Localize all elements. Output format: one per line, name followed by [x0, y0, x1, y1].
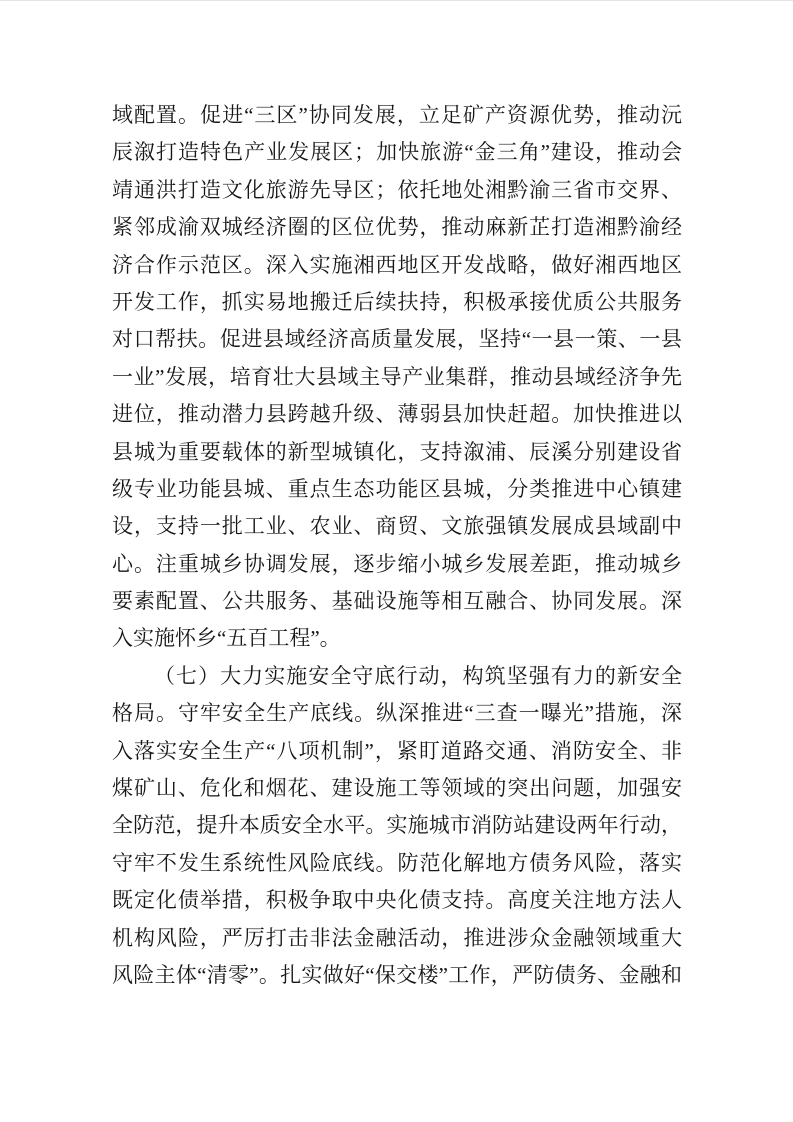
text-line: （七）大力实施安全守底行动，构筑坚强有力的新安全: [112, 658, 682, 695]
page-top-edge: [0, 0, 793, 1]
document-page: 域配置。促进“三区”协同发展，立足矿产资源优势，推动沅辰溆打造特色产业发展区；加…: [0, 0, 793, 1122]
text-line: 心。注重城乡协调发展，逐步缩小城乡发展差距，推动城乡: [112, 546, 682, 583]
text-line: 济合作示范区。深入实施湘西地区开发战略，做好湘西地区: [112, 247, 682, 284]
text-line: 一业”发展，培育壮大县域主导产业集群，推动县域经济争先: [112, 359, 682, 396]
text-line: 全防范，提升本质安全水平。实施城市消防站建设两年行动，: [112, 807, 682, 844]
text-line: 域配置。促进“三区”协同发展，立足矿产资源优势，推动沅: [112, 97, 682, 134]
text-line: 机构风险，严厉打击非法金融活动，推进涉众金融领域重大: [112, 920, 682, 957]
document-body: 域配置。促进“三区”协同发展，立足矿产资源优势，推动沅辰溆打造特色产业发展区；加…: [112, 97, 682, 994]
text-line: 要素配置、公共服务、基础设施等相互融合、协同发展。深: [112, 583, 682, 620]
text-line: 煤矿山、危化和烟花、建设施工等领域的突出问题，加强安: [112, 770, 682, 807]
text-line: 紧邻成渝双城经济圈的区位优势，推动麻新芷打造湘黔渝经: [112, 209, 682, 246]
text-line: 进位，推动潜力县跨越升级、薄弱县加快赶超。加快推进以: [112, 396, 682, 433]
text-line: 辰溆打造特色产业发展区；加快旅游“金三角”建设，推动会: [112, 134, 682, 171]
text-line: 守牢不发生系统性风险底线。防范化解地方债务风险，落实: [112, 845, 682, 882]
text-line: 对口帮扶。促进县域经济高质量发展，坚持“一县一策、一县: [112, 321, 682, 358]
text-line: 靖通洪打造文化旅游先导区；依托地处湘黔渝三省市交界、: [112, 172, 682, 209]
text-line: 设，支持一批工业、农业、商贸、文旅强镇发展成县域副中: [112, 508, 682, 545]
text-line: 入实施怀乡“五百工程”。: [112, 620, 682, 657]
text-line: 级专业功能县城、重点生态功能区县城，分类推进中心镇建: [112, 471, 682, 508]
text-line: 格局。守牢安全生产底线。纵深推进“三查一曝光”措施，深: [112, 695, 682, 732]
text-line: 风险主体“清零”。扎实做好“保交楼”工作，严防债务、金融和: [112, 957, 682, 994]
text-line: 入落实安全生产“八项机制”，紧盯道路交通、消防安全、非: [112, 733, 682, 770]
text-line: 县城为重要载体的新型城镇化，支持溆浦、辰溪分别建设省: [112, 434, 682, 471]
text-line: 开发工作，抓实易地搬迁后续扶持，积极承接优质公共服务: [112, 284, 682, 321]
text-line: 既定化债举措，积极争取中央化债支持。高度关注地方法人: [112, 882, 682, 919]
